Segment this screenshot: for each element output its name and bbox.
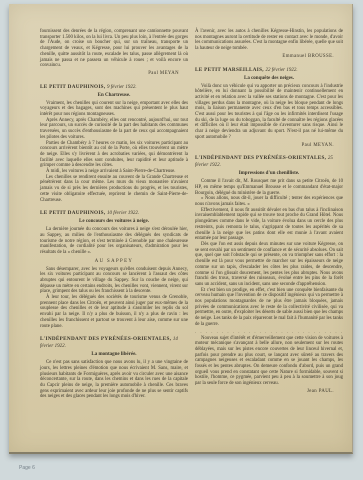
paragraph: Sans désemparer, avec les voyageurs qu'e… [40, 267, 188, 296]
page-number: Page 6 [19, 465, 35, 471]
paragraph: Dès que l'on est assis depuis deux minut… [195, 242, 343, 288]
journal-name: LE PETIT DAUPHINOIS, [40, 84, 105, 90]
paragraph: La dernière journée du concours des voit… [40, 227, 188, 256]
article-subtitle: La conquête des neiges. [195, 76, 343, 82]
scanned-page: fournissent des denrées de la région, co… [9, 4, 353, 454]
signature: Paul MEYAN [40, 71, 179, 77]
journal-name: LE PETIT DAUPHINOIS, [40, 210, 105, 216]
article-heading: LE PETIT DAUPHINOIS, 10 février 1922. [40, 210, 188, 217]
article-subtitle: Impressions d'un chenilliste. [195, 171, 343, 177]
article-heading: LE PETIT DAUPHINOIS, 9 février 1922. [40, 84, 188, 91]
continuation-paragraph: À l'avenir, avec les autos à chenilles K… [195, 29, 343, 52]
paragraph: Les chenilles se rendirent ensuite au co… [40, 175, 188, 204]
signature: Emmanuel BROUSSE. [195, 54, 334, 60]
dotted-separator: . . . . . . . . . . . . . . . . . . . . … [195, 330, 343, 335]
paragraph: « Nous allons, nous dit-il, jouer la dif… [195, 196, 343, 207]
paragraph: Comme il l'avait dit, M. Rousquet me pri… [195, 179, 343, 196]
right-column: À l'avenir, avec les autos à chenilles K… [195, 29, 343, 444]
paragraph: Parties de Chambéry à 7 heures ce matin,… [40, 141, 188, 170]
article-subtitle: En Chartreuse. [40, 93, 188, 99]
paragraph: Vraiment, les chenilles qui courent sur … [40, 101, 188, 118]
journal-name: L'INDÉPENDANT DES PYRÉNÉES-ORIENTALES, [40, 336, 171, 342]
signature: Jean PAUL. [195, 389, 334, 395]
paragraph: Et c'est bien un prodige, en effet, c'es… [195, 288, 343, 328]
paragraph: À leur tour, les délégués des sociétés d… [40, 295, 188, 329]
paragraph: À midi, les voitures à neige arrivaient … [40, 169, 188, 175]
article-heading: L'INDÉPENDANT DES PYRÉNÉES-ORIENTALES, 1… [40, 336, 188, 350]
continuation-paragraph: fournissent des denrées de la région, co… [40, 29, 188, 69]
article-date: 9 février 1922. [107, 85, 137, 90]
paragraph: Voilà donc un véhicule qui va apporter u… [195, 84, 343, 141]
paragraph: Nouveau sujet d'intérêt et d'émerveillem… [195, 336, 343, 387]
signature: Paul MEYAN. [195, 143, 334, 149]
article-subtitle: La montagne libérée. [40, 352, 188, 358]
journal-name: LE PETIT MARSEILLAIS, [195, 67, 264, 73]
crosshead: AU SAPPEY [40, 259, 188, 265]
paragraph: Après Annecy, après Chambéry, elles ont … [40, 118, 188, 141]
article-heading: L'INDÉPENDANT DES PYRÉNÉES-ORIENTALES, 2… [195, 155, 343, 169]
journal-name: L'INDÉPENDANT DES PYRÉNÉES-ORIENTALES, [195, 155, 326, 161]
article-date: 10 février 1922. [107, 211, 139, 216]
article-heading: LE PETIT MARSEILLAIS, 22 février 1922. [195, 67, 343, 74]
paragraph: Ce n'est pas sans satisfaction que nous … [40, 360, 188, 400]
left-column: fournissent des denrées de la région, co… [40, 29, 188, 444]
paragraph: Effectivement, il nous fit aussitôt déva… [195, 208, 343, 242]
article-subtitle: Le concours des voitures à neige. [40, 219, 188, 225]
article-date: 22 février 1922. [266, 68, 298, 73]
